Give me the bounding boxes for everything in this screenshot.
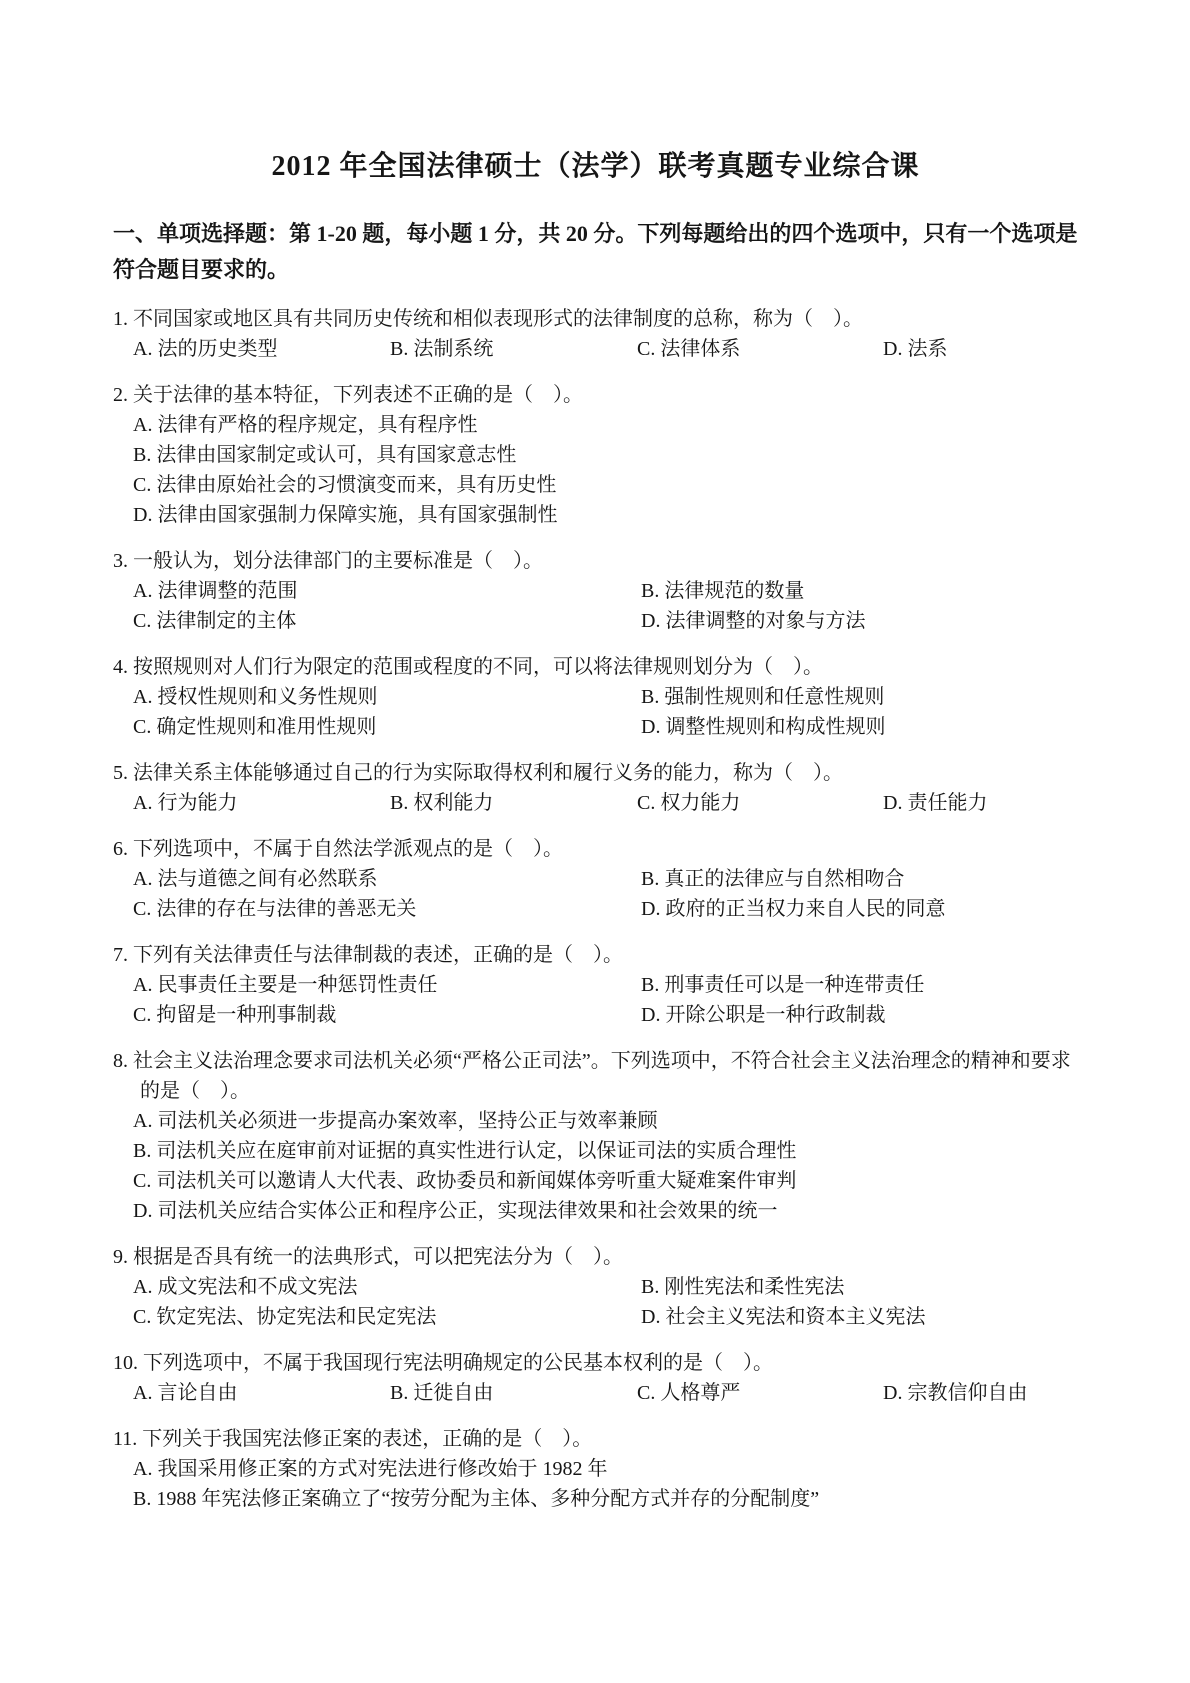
- option-A: A我国采用修正案的方式对宪法进行修改始于 1982 年: [133, 1454, 1078, 1484]
- question-5: 5法律关系主体能够通过自己的行为实际取得权利和履行义务的能力，称为（ ）。A行为…: [113, 758, 1078, 818]
- option-text: 权利能力: [413, 792, 493, 814]
- option-A: A授权性规则和义务性规则: [133, 682, 641, 712]
- options: A法的历史类型B法制系统C法律体系D法系: [113, 334, 1078, 364]
- option-label: C: [133, 474, 151, 496]
- option-D: D调整性规则和构成性规则: [641, 712, 1078, 742]
- question-list: 1不同国家或地区具有共同历史传统和相似表现形式的法律制度的总称，称为（ ）。A法…: [113, 304, 1078, 1514]
- option-text: 刑事责任可以是一种连带责任: [664, 974, 924, 996]
- question-number: 1: [113, 308, 128, 330]
- question-text: 法律关系主体能够通过自己的行为实际取得权利和履行义务的能力，称为（ ）。: [133, 762, 843, 784]
- question-number: 3: [113, 550, 128, 572]
- option-text: 真正的法律应与自然相吻合: [664, 868, 904, 890]
- option-text: 调整性规则和构成性规则: [665, 716, 885, 738]
- options: A成文宪法和不成文宪法B刚性宪法和柔性宪法C钦定宪法、协定宪法和民定宪法D社会主…: [113, 1272, 1078, 1332]
- option-B: B权利能力: [390, 788, 637, 818]
- option-D: D法律由国家强制力保障实施，具有国家强制性: [133, 500, 1078, 530]
- question-text: 按照规则对人们行为限定的范围或程度的不同，可以将法律规则划分为（ ）。: [133, 656, 823, 678]
- option-text: 法系: [907, 338, 947, 360]
- option-text: 法制系统: [413, 338, 493, 360]
- option-C: C确定性规则和准用性规则: [133, 712, 641, 742]
- option-text: 1988 年宪法修正案确立了“按劳分配为主体、多种分配方式并存的分配制度”: [156, 1488, 819, 1510]
- option-A: A行为能力: [133, 788, 390, 818]
- option-C: C司法机关可以邀请人大代表、政协委员和新闻媒体旁听重大疑难案件审判: [133, 1166, 1078, 1196]
- option-text: 授权性规则和义务性规则: [157, 686, 377, 708]
- option-label: C: [133, 610, 151, 632]
- question-text: 下列有关法律责任与法律制裁的表述，正确的是（ ）。: [133, 944, 623, 966]
- option-label: C: [133, 1306, 151, 1328]
- options: A行为能力B权利能力C权力能力D责任能力: [113, 788, 1078, 818]
- question-stem: 5法律关系主体能够通过自己的行为实际取得权利和履行义务的能力，称为（ ）。: [113, 758, 1078, 788]
- question-8: 8社会主义法治理念要求司法机关必须“严格公正司法”。下列选项中，不符合社会主义法…: [113, 1046, 1078, 1226]
- question-text: 关于法律的基本特征，下列表述不正确的是（ ）。: [133, 384, 583, 406]
- question-stem: 3一般认为，划分法律部门的主要标准是（ ）。: [113, 546, 1078, 576]
- option-text: 法律由国家制定或认可，具有国家意志性: [156, 444, 516, 466]
- page-title: 2012 年全国法律硕士（法学）联考真题专业综合课: [113, 144, 1078, 184]
- option-C: C法律的存在与法律的善恶无关: [133, 894, 641, 924]
- option-B: B迁徙自由: [390, 1378, 637, 1408]
- option-text: 责任能力: [907, 792, 987, 814]
- option-text: 迁徙自由: [413, 1382, 493, 1404]
- option-text: 司法机关应结合实体公正和程序公正，实现法律效果和社会效果的统一: [157, 1200, 777, 1222]
- option-B: B司法机关应在庭审前对证据的真实性进行认定，以保证司法的实质合理性: [133, 1136, 1078, 1166]
- question-11: 11下列关于我国宪法修正案的表述，正确的是（ ）。A我国采用修正案的方式对宪法进…: [113, 1424, 1078, 1514]
- section-header: 一、单项选择题：第 1-20 题，每小题 1 分，共 20 分。下列每题给出的四…: [113, 216, 1078, 288]
- option-label: D: [641, 1306, 660, 1328]
- option-label: C: [133, 898, 151, 920]
- option-text: 政府的正当权力来自人民的同意: [665, 898, 945, 920]
- option-D: D法律调整的对象与方法: [641, 606, 1078, 636]
- question-1: 1不同国家或地区具有共同历史传统和相似表现形式的法律制度的总称，称为（ ）。A法…: [113, 304, 1078, 364]
- option-label: A: [133, 414, 152, 436]
- option-text: 司法机关应在庭审前对证据的真实性进行认定，以保证司法的实质合理性: [156, 1140, 796, 1162]
- option-label: A: [133, 974, 152, 996]
- option-A: A言论自由: [133, 1378, 390, 1408]
- option-text: 行为能力: [157, 792, 237, 814]
- options: A民事责任主要是一种惩罚性责任B刑事责任可以是一种连带责任C拘留是一种刑事制裁D…: [113, 970, 1078, 1030]
- option-B: B法制系统: [390, 334, 637, 364]
- option-A: A成文宪法和不成文宪法: [133, 1272, 641, 1302]
- options: A法律有严格的程序规定，具有程序性B法律由国家制定或认可，具有国家意志性C法律由…: [113, 410, 1078, 530]
- option-A: A司法机关必须进一步提高办案效率，坚持公正与效率兼顾: [133, 1106, 1078, 1136]
- question-number: 7: [113, 944, 128, 966]
- option-text: 成文宪法和不成文宪法: [157, 1276, 357, 1298]
- question-number: 8: [113, 1050, 128, 1072]
- option-label: D: [641, 1004, 660, 1026]
- option-A: A民事责任主要是一种惩罚性责任: [133, 970, 641, 1000]
- question-text: 下列选项中，不属于自然法学派观点的是（ ）。: [133, 838, 563, 860]
- question-text: 根据是否具有统一的法典形式，可以把宪法分为（ ）。: [133, 1246, 623, 1268]
- options: A司法机关必须进一步提高办案效率，坚持公正与效率兼顾B司法机关应在庭审前对证据的…: [113, 1106, 1078, 1226]
- option-D: D政府的正当权力来自人民的同意: [641, 894, 1078, 924]
- question-number: 11: [113, 1428, 137, 1450]
- option-label: A: [133, 1276, 152, 1298]
- option-label: A: [133, 868, 152, 890]
- option-text: 人格尊严: [660, 1382, 740, 1404]
- question-text: 下列选项中，不属于我国现行宪法明确规定的公民基本权利的是（ ）。: [143, 1352, 773, 1374]
- option-label: D: [641, 610, 660, 632]
- option-D: D开除公职是一种行政制裁: [641, 1000, 1078, 1030]
- question-text: 不同国家或地区具有共同历史传统和相似表现形式的法律制度的总称，称为（ ）。: [133, 308, 863, 330]
- question-number: 9: [113, 1246, 128, 1268]
- exam-document-page: 2012 年全国法律硕士（法学）联考真题专业综合课 一、单项选择题：第 1-20…: [0, 0, 1190, 1683]
- option-text: 民事责任主要是一种惩罚性责任: [157, 974, 437, 996]
- option-text: 法的历史类型: [157, 338, 277, 360]
- question-text: 一般认为，划分法律部门的主要标准是（ ）。: [133, 550, 543, 572]
- option-text: 言论自由: [157, 1382, 237, 1404]
- option-A: A法律有严格的程序规定，具有程序性: [133, 410, 1078, 440]
- option-text: 开除公职是一种行政制裁: [665, 1004, 885, 1026]
- question-6: 6下列选项中，不属于自然法学派观点的是（ ）。A法与道德之间有必然联系B真正的法…: [113, 834, 1078, 924]
- option-text: 刚性宪法和柔性宪法: [664, 1276, 844, 1298]
- option-B: B刚性宪法和柔性宪法: [641, 1272, 1078, 1302]
- option-label: A: [133, 580, 152, 602]
- option-text: 拘留是一种刑事制裁: [156, 1004, 336, 1026]
- option-text: 司法机关必须进一步提高办案效率，坚持公正与效率兼顾: [157, 1110, 657, 1132]
- option-label: B: [390, 792, 408, 814]
- option-label: C: [637, 1382, 655, 1404]
- option-D: D法系: [883, 334, 1078, 364]
- option-label: B: [390, 338, 408, 360]
- option-B: B真正的法律应与自然相吻合: [641, 864, 1078, 894]
- option-D: D责任能力: [883, 788, 1078, 818]
- option-D: D社会主义宪法和资本主义宪法: [641, 1302, 1078, 1332]
- options: A言论自由B迁徙自由C人格尊严D宗教信仰自由: [113, 1378, 1078, 1408]
- option-label: C: [637, 338, 655, 360]
- option-C: C法律由原始社会的习惯演变而来，具有历史性: [133, 470, 1078, 500]
- option-label: C: [133, 1170, 151, 1192]
- option-text: 确定性规则和准用性规则: [156, 716, 376, 738]
- option-B: B1988 年宪法修正案确立了“按劳分配为主体、多种分配方式并存的分配制度”: [133, 1484, 1078, 1514]
- option-label: D: [641, 898, 660, 920]
- options: A法律调整的范围B法律规范的数量C法律制定的主体D法律调整的对象与方法: [113, 576, 1078, 636]
- option-text: 钦定宪法、协定宪法和民定宪法: [156, 1306, 436, 1328]
- option-text: 法律调整的对象与方法: [665, 610, 865, 632]
- option-label: C: [637, 792, 655, 814]
- option-label: D: [883, 338, 902, 360]
- option-label: B: [133, 444, 151, 466]
- option-C: C钦定宪法、协定宪法和民定宪法: [133, 1302, 641, 1332]
- option-A: A法与道德之间有必然联系: [133, 864, 641, 894]
- question-3: 3一般认为，划分法律部门的主要标准是（ ）。A法律调整的范围B法律规范的数量C法…: [113, 546, 1078, 636]
- question-number: 6: [113, 838, 128, 860]
- option-label: A: [133, 1382, 152, 1404]
- option-B: B刑事责任可以是一种连带责任: [641, 970, 1078, 1000]
- option-label: D: [133, 1200, 152, 1222]
- option-text: 法律规范的数量: [664, 580, 804, 602]
- option-label: B: [390, 1382, 408, 1404]
- option-text: 法律由国家强制力保障实施，具有国家强制性: [157, 504, 557, 526]
- option-label: B: [133, 1488, 151, 1510]
- option-D: D司法机关应结合实体公正和程序公正，实现法律效果和社会效果的统一: [133, 1196, 1078, 1226]
- question-stem: 1不同国家或地区具有共同历史传统和相似表现形式的法律制度的总称，称为（ ）。: [113, 304, 1078, 334]
- option-A: A法的历史类型: [133, 334, 390, 364]
- option-C: C法律体系: [637, 334, 883, 364]
- option-label: A: [133, 1110, 152, 1132]
- option-text: 法律有严格的程序规定，具有程序性: [157, 414, 477, 436]
- question-number: 2: [113, 384, 128, 406]
- options: A法与道德之间有必然联系B真正的法律应与自然相吻合C法律的存在与法律的善恶无关D…: [113, 864, 1078, 924]
- option-label: D: [883, 792, 902, 814]
- question-text: 社会主义法治理念要求司法机关必须“严格公正司法”。下列选项中，不符合社会主义法治…: [133, 1050, 1071, 1102]
- question-stem: 2关于法律的基本特征，下列表述不正确的是（ ）。: [113, 380, 1078, 410]
- option-B: B强制性规则和任意性规则: [641, 682, 1078, 712]
- question-7: 7下列有关法律责任与法律制裁的表述，正确的是（ ）。A民事责任主要是一种惩罚性责…: [113, 940, 1078, 1030]
- option-text: 法与道德之间有必然联系: [157, 868, 377, 890]
- question-number: 4: [113, 656, 128, 678]
- option-label: B: [641, 580, 659, 602]
- question-stem: 9根据是否具有统一的法典形式，可以把宪法分为（ ）。: [113, 1242, 1078, 1272]
- question-stem: 6下列选项中，不属于自然法学派观点的是（ ）。: [113, 834, 1078, 864]
- option-text: 法律体系: [660, 338, 740, 360]
- option-text: 法律由原始社会的习惯演变而来，具有历史性: [156, 474, 556, 496]
- option-A: A法律调整的范围: [133, 576, 641, 606]
- option-label: B: [133, 1140, 151, 1162]
- option-text: 法律的存在与法律的善恶无关: [156, 898, 416, 920]
- option-C: C拘留是一种刑事制裁: [133, 1000, 641, 1030]
- option-text: 法律制定的主体: [156, 610, 296, 632]
- options: A授权性规则和义务性规则B强制性规则和任意性规则C确定性规则和准用性规则D调整性…: [113, 682, 1078, 742]
- option-C: C权力能力: [637, 788, 883, 818]
- option-label: B: [641, 974, 659, 996]
- option-label: B: [641, 1276, 659, 1298]
- option-text: 司法机关可以邀请人大代表、政协委员和新闻媒体旁听重大疑难案件审判: [156, 1170, 796, 1192]
- option-text: 法律调整的范围: [157, 580, 297, 602]
- option-label: D: [641, 716, 660, 738]
- options: A我国采用修正案的方式对宪法进行修改始于 1982 年B1988 年宪法修正案确…: [113, 1454, 1078, 1514]
- option-C: C人格尊严: [637, 1378, 883, 1408]
- option-B: B法律由国家制定或认可，具有国家意志性: [133, 440, 1078, 470]
- question-10: 10下列选项中，不属于我国现行宪法明确规定的公民基本权利的是（ ）。A言论自由B…: [113, 1348, 1078, 1408]
- option-text: 我国采用修正案的方式对宪法进行修改始于 1982 年: [157, 1458, 607, 1480]
- question-text: 下列关于我国宪法修正案的表述，正确的是（ ）。: [142, 1428, 592, 1450]
- question-2: 2关于法律的基本特征，下列表述不正确的是（ ）。A法律有严格的程序规定，具有程序…: [113, 380, 1078, 530]
- option-label: C: [133, 1004, 151, 1026]
- option-D: D宗教信仰自由: [883, 1378, 1078, 1408]
- question-stem: 8社会主义法治理念要求司法机关必须“严格公正司法”。下列选项中，不符合社会主义法…: [113, 1046, 1078, 1106]
- option-label: A: [133, 792, 152, 814]
- question-number: 5: [113, 762, 128, 784]
- question-number: 10: [113, 1352, 138, 1374]
- question-stem: 7下列有关法律责任与法律制裁的表述，正确的是（ ）。: [113, 940, 1078, 970]
- option-label: D: [883, 1382, 902, 1404]
- question-9: 9根据是否具有统一的法典形式，可以把宪法分为（ ）。A成文宪法和不成文宪法B刚性…: [113, 1242, 1078, 1332]
- question-stem: 4按照规则对人们行为限定的范围或程度的不同，可以将法律规则划分为（ ）。: [113, 652, 1078, 682]
- option-label: B: [641, 868, 659, 890]
- option-C: C法律制定的主体: [133, 606, 641, 636]
- option-label: A: [133, 338, 152, 360]
- option-label: D: [133, 504, 152, 526]
- option-text: 权力能力: [660, 792, 740, 814]
- option-label: B: [641, 686, 659, 708]
- option-label: A: [133, 686, 152, 708]
- option-B: B法律规范的数量: [641, 576, 1078, 606]
- option-text: 强制性规则和任意性规则: [664, 686, 884, 708]
- option-text: 宗教信仰自由: [907, 1382, 1027, 1404]
- option-label: A: [133, 1458, 152, 1480]
- question-stem: 11下列关于我国宪法修正案的表述，正确的是（ ）。: [113, 1424, 1078, 1454]
- question-stem: 10下列选项中，不属于我国现行宪法明确规定的公民基本权利的是（ ）。: [113, 1348, 1078, 1378]
- option-text: 社会主义宪法和资本主义宪法: [665, 1306, 925, 1328]
- question-4: 4按照规则对人们行为限定的范围或程度的不同，可以将法律规则划分为（ ）。A授权性…: [113, 652, 1078, 742]
- option-label: C: [133, 716, 151, 738]
